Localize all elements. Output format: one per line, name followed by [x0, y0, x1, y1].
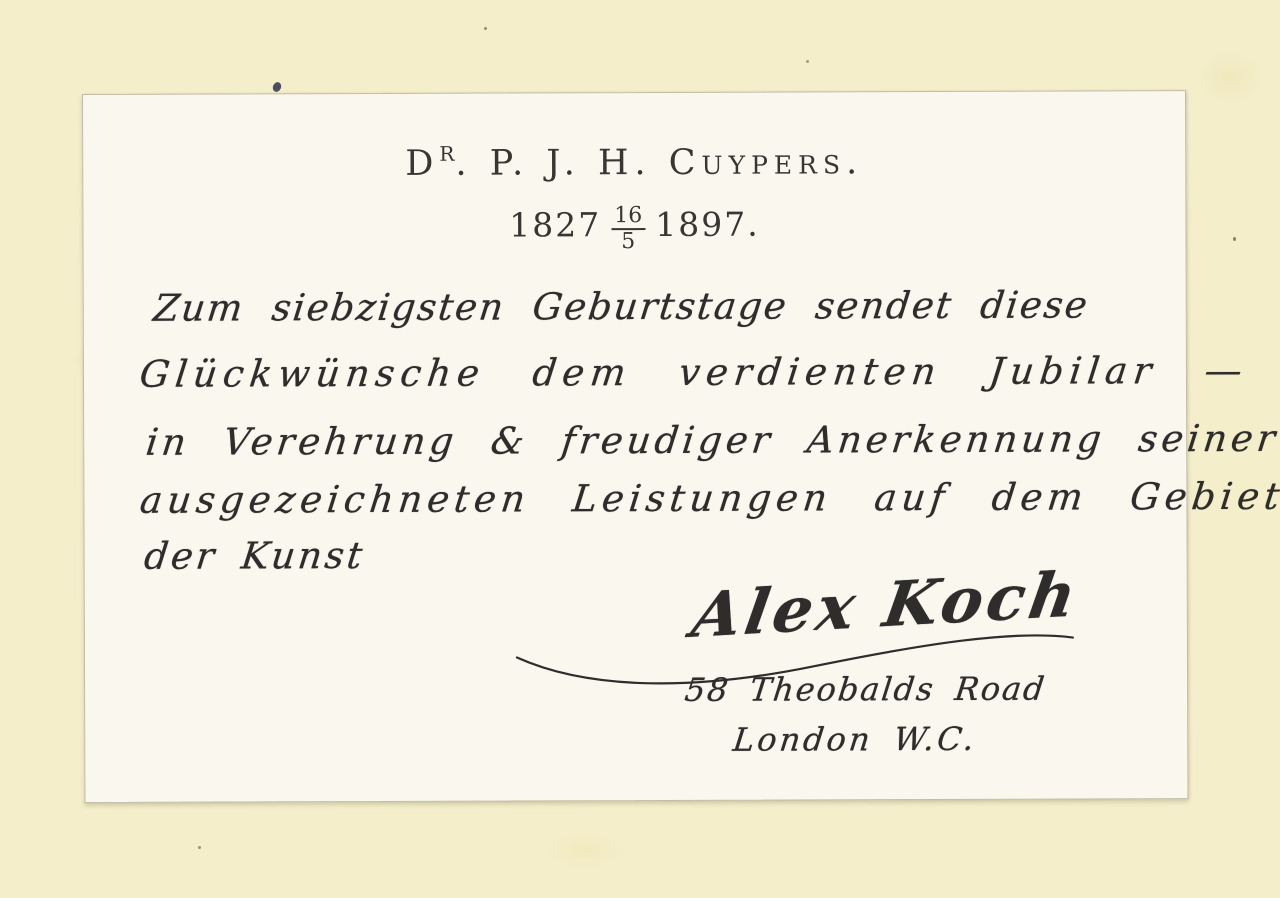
paper-stain — [1195, 50, 1265, 105]
printed-letterhead: DR. P. J. H. Cuypers. — [83, 139, 1185, 185]
letterhead-dr-dot: . — [455, 144, 472, 184]
letterhead-name: P. J. H. Cuypers. — [472, 142, 863, 183]
date-fraction: 165 — [611, 205, 645, 253]
printed-date-line: 18271651897. — [83, 203, 1185, 255]
paper-speck — [484, 27, 487, 30]
address-street: 58 Theobalds Road — [683, 670, 1048, 709]
address-city: London W.C. — [731, 720, 979, 759]
handwritten-line-5: der Kunst — [142, 534, 368, 578]
paper-stain — [540, 830, 630, 870]
fraction-numerator-day: 16 — [611, 205, 645, 230]
letterhead-dr-r-superscript: R — [439, 142, 455, 166]
letterhead-dr-d: D — [405, 144, 439, 184]
ink-speck — [271, 81, 282, 93]
handwritten-line-3: in Verehrung & freudiger Anerkennung sei… — [144, 417, 1280, 464]
handwritten-line-4: ausgezeichneten Leistungen auf dem Gebie… — [138, 475, 1280, 522]
jubilee-year: 1897. — [655, 205, 760, 244]
paper-speck — [1233, 237, 1236, 241]
album-page: DR. P. J. H. Cuypers. 18271651897. Zum s… — [0, 0, 1280, 898]
handwritten-line-1: Zum siebzigsten Geburtstage sendet diese — [151, 283, 1091, 329]
mounted-card: DR. P. J. H. Cuypers. 18271651897. Zum s… — [82, 90, 1188, 803]
birth-year: 1827 — [509, 205, 601, 244]
paper-speck — [806, 60, 809, 63]
fraction-denominator-month: 5 — [611, 230, 645, 253]
paper-speck — [198, 846, 201, 849]
handwritten-line-2: Glückwünsche dem verdienten Jubilar — — [137, 349, 1250, 396]
